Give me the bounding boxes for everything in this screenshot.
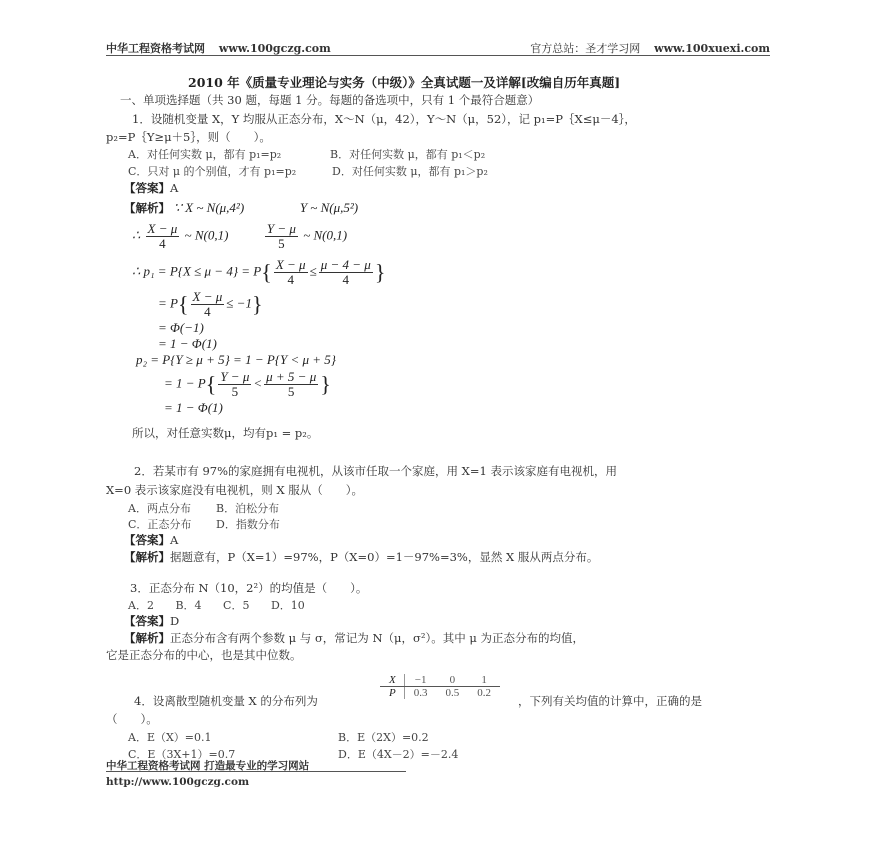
q1-stem-line1: 1．设随机变量 X，Y 均服从正态分布，X～N（μ，42），Y～N（μ，52），… bbox=[132, 111, 636, 127]
header-left: 中华工程资格考试网 www.100gczg.com bbox=[106, 40, 331, 56]
q2-stem-line1: 2．若某市有 97%的家庭拥有电视机，从该市任取一个家庭，用 X=1 表示该家庭… bbox=[134, 463, 617, 479]
q2-option-d: D．指数分布 bbox=[216, 516, 280, 532]
header-official-site-label: 官方总站：圣才学习网 bbox=[530, 42, 640, 55]
q2-analysis: 【解析】据题意有，P（X=1）=97%，P（X=0）=1－97%=3%，显然 X… bbox=[124, 549, 598, 565]
q2-option-b: B．泊松分布 bbox=[216, 500, 279, 516]
q3-analysis-text: 正态分布含有两个参数 μ 与 σ，常记为 N（μ，σ²）。其中 μ 为正态分布的… bbox=[170, 631, 584, 645]
q4-stem-line2: （ ）。 bbox=[106, 711, 158, 727]
header-right: 官方总站：圣才学习网 www.100xuexi.com bbox=[530, 40, 770, 56]
q2-answer-value: A bbox=[170, 533, 178, 547]
q2-option-c: C．正态分布 bbox=[128, 516, 191, 532]
q2-stem-line2: X=0 表示该家庭没有电视机，则 X 服从（ ）。 bbox=[106, 482, 363, 498]
document-title: 2010 年《质量专业理论与实务（中级）》全真试题一及详解[改编自历年真题] bbox=[188, 73, 620, 91]
q3-option-b: B．4 bbox=[175, 599, 201, 612]
fraction: X − μ4 bbox=[146, 222, 180, 251]
q1-conclusion: 所以，对任意实数μ，均有p₁ = p₂。 bbox=[132, 425, 318, 441]
q3-option-c: C．5 bbox=[223, 599, 249, 612]
q3-option-d: D．10 bbox=[271, 599, 305, 612]
fraction: X − μ4 bbox=[274, 258, 308, 287]
q1-answer: 【答案】A bbox=[124, 180, 178, 196]
header-right-url[interactable]: www.100xuexi.com bbox=[654, 42, 770, 55]
footer-url[interactable]: http://www.100gczg.com bbox=[106, 776, 249, 788]
q4-stem-after: ，下列有关均值的计算中，正确的是 bbox=[518, 693, 702, 709]
footer-divider bbox=[106, 771, 406, 772]
q4-option-d: D．E（4X－2）=－2.4 bbox=[338, 746, 458, 762]
q4-option-a: A．E（X）=0.1 bbox=[128, 729, 212, 745]
q1-option-d: D．对任何实数 μ，都有 p₁＞p₂ bbox=[332, 163, 488, 179]
q4-option-b: B．E（2X）=0.2 bbox=[338, 729, 429, 745]
q3-answer: 【答案】D bbox=[124, 613, 179, 629]
q3-options: A．2 B．4 C．5 D．10 bbox=[128, 597, 305, 613]
q1-stem-line2: p₂=P｛Y≥μ＋5｝，则（ ）。 bbox=[106, 129, 271, 145]
q1-math-p1-line3: = Φ(−1) bbox=[158, 320, 204, 336]
header-site-name: 中华工程资格考试网 bbox=[106, 42, 205, 55]
fraction: Y − μ5 bbox=[218, 370, 251, 399]
q3-analysis-line1: 【解析】正态分布含有两个参数 μ 与 σ，常记为 N（μ，σ²）。其中 μ 为正… bbox=[124, 630, 584, 646]
q1-analysis-line1: 【解析】 ∵ X ~ N(μ,4²) Y ~ N(μ,5²) bbox=[124, 200, 358, 216]
analysis-label: 【解析】 bbox=[124, 201, 170, 215]
q1-option-c: C．只对 μ 的个别值，才有 p₁=p₂ bbox=[128, 163, 296, 179]
section-heading: 一、单项选择题（共 30 题，每题 1 分。每题的备选项中，只有 1 个最符合题… bbox=[120, 92, 539, 108]
q1-math-standardize: ∴ X − μ4 ~ N(0,1) Y − μ5 ~ N(0,1) bbox=[132, 222, 347, 251]
q1-math-p2-line1: p₂ = P{Y ≥ μ + 5} = 1 − P{Y < μ + 5} bbox=[136, 352, 336, 368]
q2-option-a: A．两点分布 bbox=[128, 500, 191, 516]
q3-stem: 3．正态分布 N（10，2²）的均值是（ ）。 bbox=[130, 580, 367, 596]
header-divider bbox=[106, 55, 770, 56]
q1-math-p2-line3: = 1 − Φ(1) bbox=[164, 400, 223, 416]
answer-label: 【答案】 bbox=[124, 181, 170, 195]
header-left-url[interactable]: www.100gczg.com bbox=[219, 42, 331, 55]
q1-option-b: B．对任何实数 μ，都有 p₁＜p₂ bbox=[330, 146, 485, 162]
q1-math-x-dist: ∵ X ~ N(μ,4²) bbox=[174, 200, 245, 215]
q1-math-p1-line2: = P{X − μ4≤ −1} bbox=[158, 290, 263, 319]
q1-math-p1-line1: ∴ p₁ = P{X ≤ μ − 4} = P{X − μ4≤μ − 4 − μ… bbox=[132, 258, 385, 287]
q1-answer-value: A bbox=[170, 181, 178, 195]
q4-stem-before: 4．设离散型随机变量 X 的分布列为 bbox=[134, 693, 318, 709]
q1-math-y-dist: Y ~ N(μ,5²) bbox=[300, 200, 358, 215]
q1-option-a: A．对任何实数 μ，都有 p₁=p₂ bbox=[128, 146, 281, 162]
q2-answer: 【答案】A bbox=[124, 532, 178, 548]
q4-distribution-table: X −1 0 1 P 0.3 0.5 0.2 bbox=[380, 674, 500, 699]
q1-math-p2-line2: = 1 − P{Y − μ5<μ + 5 − μ5} bbox=[164, 370, 331, 399]
q3-answer-value: D bbox=[170, 614, 179, 628]
fraction: Y − μ5 bbox=[265, 222, 298, 251]
q3-option-a: A．2 bbox=[128, 599, 154, 612]
fraction: μ + 5 − μ5 bbox=[264, 370, 318, 399]
q1-math-p1-line4: = 1 − Φ(1) bbox=[158, 336, 217, 352]
fraction: μ − 4 − μ4 bbox=[319, 258, 373, 287]
q2-analysis-text: 据题意有，P（X=1）=97%，P（X=0）=1－97%=3%，显然 X 服从两… bbox=[170, 550, 598, 564]
fraction: X − μ4 bbox=[191, 290, 225, 319]
q3-analysis-line2: 它是正态分布的中心，也是其中位数。 bbox=[106, 647, 302, 663]
